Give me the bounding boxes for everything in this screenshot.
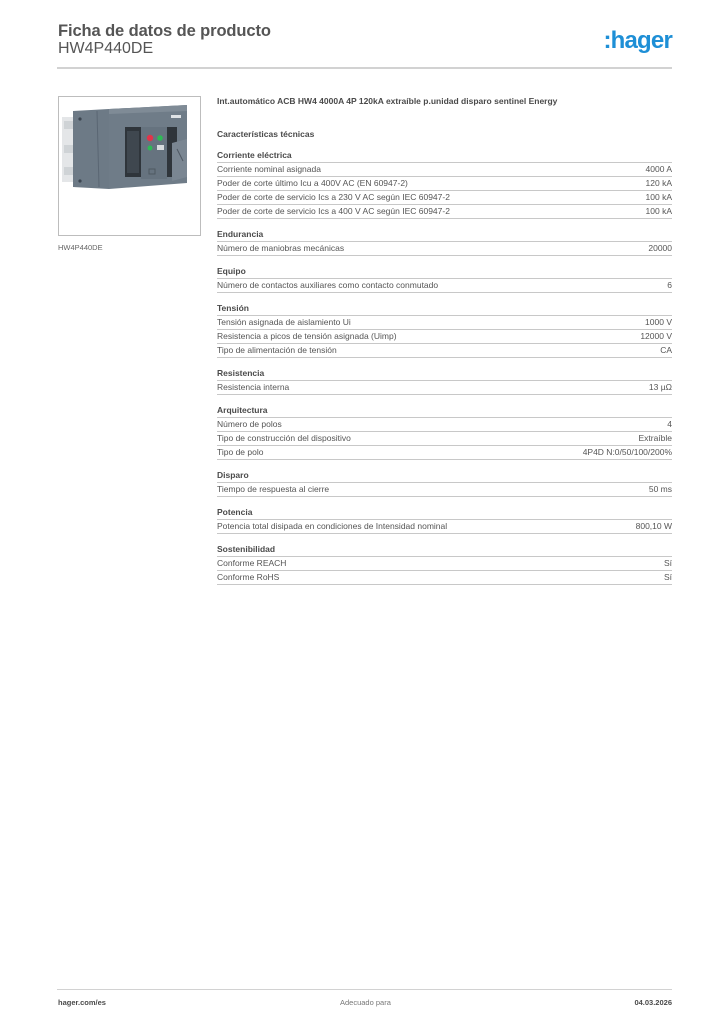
header-divider — [57, 67, 672, 69]
spec-value: 1000 V — [645, 316, 672, 329]
hager-logo: :hager — [603, 27, 672, 55]
spec-row: Poder de corte de servicio Ics a 230 V A… — [217, 191, 672, 205]
spec-row: Tipo de construcción del dispositivoExtr… — [217, 432, 672, 446]
spec-group: PotenciaPotencia total disipada en condi… — [217, 507, 672, 534]
product-image — [58, 96, 201, 236]
spec-value: Sí — [664, 571, 672, 584]
spec-label: Poder de corte último Icu a 400V AC (EN … — [217, 177, 408, 190]
spec-group: TensiónTensión asignada de aislamiento U… — [217, 303, 672, 358]
spec-value: 12000 V — [640, 330, 672, 343]
spec-value: 50 ms — [649, 483, 672, 496]
spec-row: Tensión asignada de aislamiento Ui1000 V — [217, 316, 672, 330]
spec-label: Poder de corte de servicio Ics a 400 V A… — [217, 205, 450, 218]
spec-row: Número de contactos auxiliares como cont… — [217, 279, 672, 293]
spec-group: EquipoNúmero de contactos auxiliares com… — [217, 266, 672, 293]
spec-value: 4P4D N:0/50/100/200% — [583, 446, 672, 459]
spec-group-title: Equipo — [217, 266, 672, 279]
spec-value: Extraíble — [638, 432, 672, 445]
spec-label: Tipo de construcción del dispositivo — [217, 432, 351, 445]
spec-group-title: Tensión — [217, 303, 672, 316]
spec-label: Resistencia a picos de tensión asignada … — [217, 330, 397, 343]
footer-date: 04.03.2026 — [634, 998, 672, 1007]
footer-suitable-for: Adecuado para — [340, 998, 391, 1007]
spec-value: 100 kA — [646, 205, 672, 218]
spec-label: Número de contactos auxiliares como cont… — [217, 279, 438, 292]
spec-row: Tiempo de respuesta al cierre50 ms — [217, 483, 672, 497]
spec-value: 4 — [667, 418, 672, 431]
footer-divider — [57, 989, 672, 990]
spec-label: Número de maniobras mecánicas — [217, 242, 344, 255]
spec-group: ArquitecturaNúmero de polos4Tipo de cons… — [217, 405, 672, 460]
specs-section-title: Características técnicas — [217, 128, 672, 140]
product-content: Int.automático ACB HW4 4000A 4P 120kA ex… — [217, 95, 672, 595]
spec-group-title: Corriente eléctrica — [217, 150, 672, 163]
spec-row: Poder de corte de servicio Ics a 400 V A… — [217, 205, 672, 219]
spec-row: Conforme REACHSí — [217, 557, 672, 571]
spec-label: Corriente nominal asignada — [217, 163, 321, 176]
spec-group: DisparoTiempo de respuesta al cierre50 m… — [217, 470, 672, 497]
spec-label: Conforme RoHS — [217, 571, 279, 584]
spec-row: Conforme RoHSSí — [217, 571, 672, 585]
spec-label: Tipo de alimentación de tensión — [217, 344, 337, 357]
spec-label: Número de polos — [217, 418, 282, 431]
spec-groups: Corriente eléctricaCorriente nominal asi… — [217, 150, 672, 585]
spec-label: Tipo de polo — [217, 446, 263, 459]
spec-label: Resistencia interna — [217, 381, 289, 394]
spec-row: Número de maniobras mecánicas20000 — [217, 242, 672, 256]
spec-row: Número de polos4 — [217, 418, 672, 432]
spec-group-title: Sostenibilidad — [217, 544, 672, 557]
spec-row: Resistencia interna13 µΩ — [217, 381, 672, 395]
spec-group-title: Potencia — [217, 507, 672, 520]
product-code: HW4P440DE — [58, 40, 153, 58]
circuit-breaker-illustration — [59, 97, 200, 235]
spec-label: Tensión asignada de aislamiento Ui — [217, 316, 351, 329]
spec-label: Potencia total disipada en condiciones d… — [217, 520, 447, 533]
spec-value: 13 µΩ — [649, 381, 672, 394]
spec-row: Tipo de polo4P4D N:0/50/100/200% — [217, 446, 672, 460]
spec-row: Potencia total disipada en condiciones d… — [217, 520, 672, 534]
spec-label: Poder de corte de servicio Ics a 230 V A… — [217, 191, 450, 204]
product-description: Int.automático ACB HW4 4000A 4P 120kA ex… — [217, 95, 672, 107]
spec-value: 4000 A — [646, 163, 672, 176]
page-title: Ficha de datos de producto — [58, 22, 271, 41]
product-image-caption: HW4P440DE — [58, 243, 103, 252]
spec-group-title: Arquitectura — [217, 405, 672, 418]
spec-row: Poder de corte último Icu a 400V AC (EN … — [217, 177, 672, 191]
spec-value: 800,10 W — [636, 520, 672, 533]
spec-row: Corriente nominal asignada4000 A — [217, 163, 672, 177]
spec-value: 120 kA — [646, 177, 672, 190]
spec-label: Tiempo de respuesta al cierre — [217, 483, 329, 496]
spec-row: Tipo de alimentación de tensiónCA — [217, 344, 672, 358]
spec-value: 6 — [667, 279, 672, 292]
spec-group-title: Disparo — [217, 470, 672, 483]
spec-row: Resistencia a picos de tensión asignada … — [217, 330, 672, 344]
spec-value: 100 kA — [646, 191, 672, 204]
spec-group: SostenibilidadConforme REACHSíConforme R… — [217, 544, 672, 585]
spec-group: ResistenciaResistencia interna13 µΩ — [217, 368, 672, 395]
spec-group: EnduranciaNúmero de maniobras mecánicas2… — [217, 229, 672, 256]
spec-value: 20000 — [648, 242, 672, 255]
spec-value: Sí — [664, 557, 672, 570]
spec-value: CA — [660, 344, 672, 357]
spec-label: Conforme REACH — [217, 557, 286, 570]
spec-group: Corriente eléctricaCorriente nominal asi… — [217, 150, 672, 219]
spec-group-title: Resistencia — [217, 368, 672, 381]
footer-website-link[interactable]: hager.com/es — [58, 998, 106, 1007]
spec-group-title: Endurancia — [217, 229, 672, 242]
